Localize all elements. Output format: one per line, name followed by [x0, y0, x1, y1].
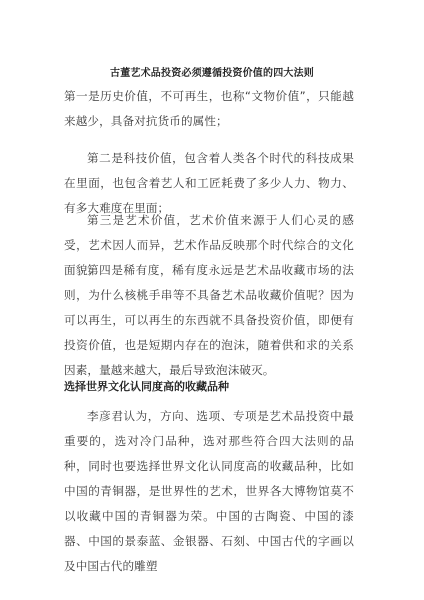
section-heading: 选择世界文化认同度高的收藏品种	[64, 378, 229, 394]
paragraph-historical-value: 第一是历史价值，不可再生，也称“文物价值”，只能越来越少，具备对抗货币的属性；	[64, 84, 354, 134]
document-title: 古董艺术品投资必须遵循投资价值的四大法则	[0, 64, 424, 79]
paragraph-section-body: 李彦君认为，方向、选项、专项是艺术品投资中最重要的，选对冷门品种，选对那些符合四…	[64, 404, 354, 584]
paragraph-rarity: 第四是稀有度，稀有度永远是艺术品收藏市场的法则，为什么核桃手串等不具备艺术品收藏…	[64, 258, 354, 383]
document-page: 古董艺术品投资必须遵循投资价值的四大法则 第一是历史价值，不可再生，也称“文物价…	[0, 0, 424, 600]
